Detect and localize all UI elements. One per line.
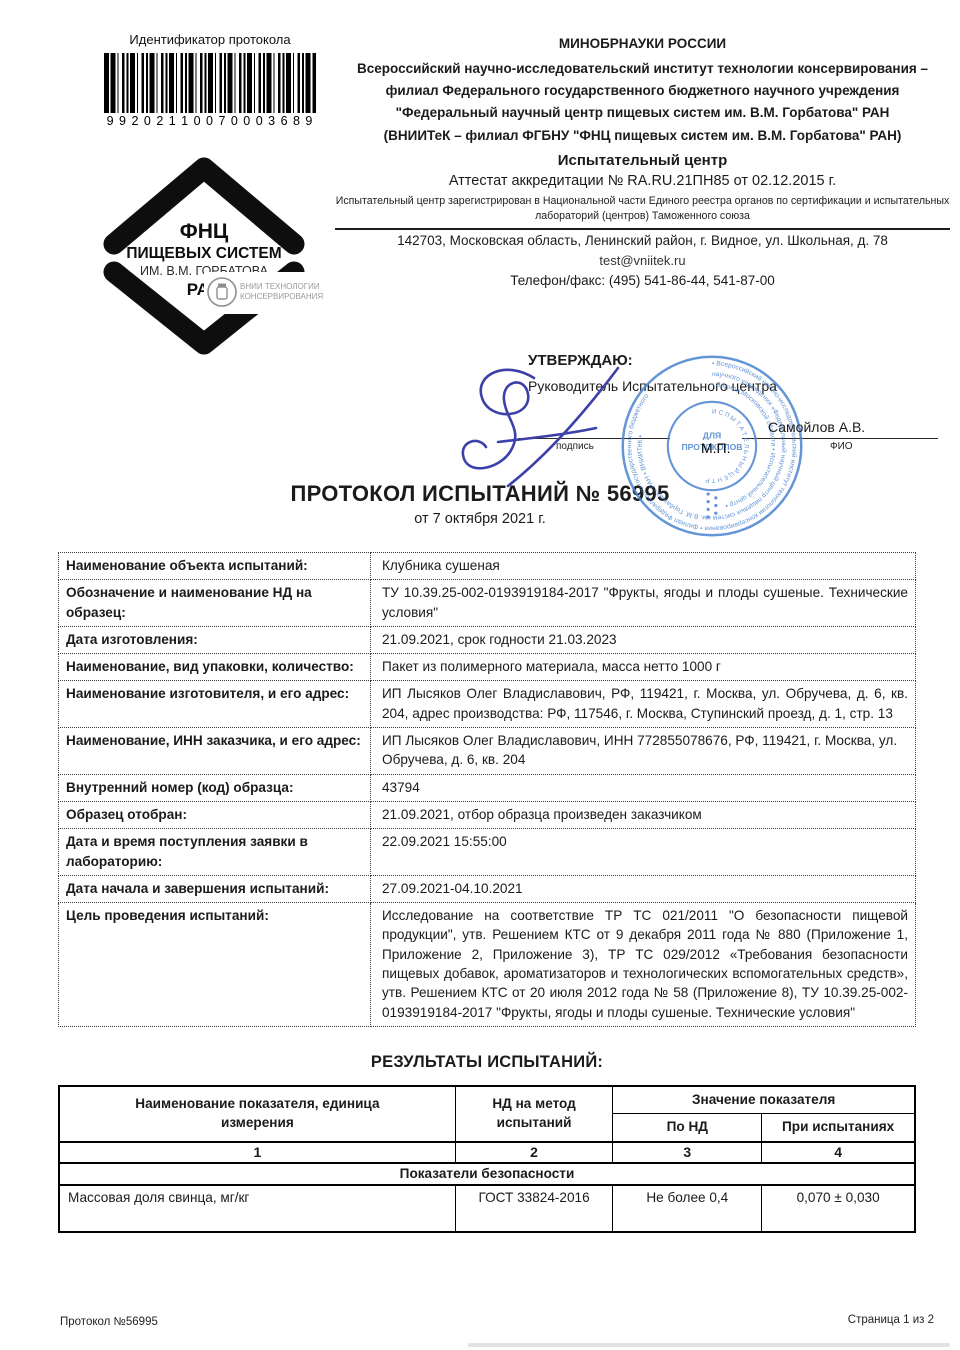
postal-address: 142703, Московская область, Ленинский ра…: [335, 233, 950, 248]
stamp-place-note: М.П.: [701, 440, 731, 456]
name-caption: ФИО: [830, 441, 853, 452]
badge-circle: [208, 278, 236, 306]
scan-artifact: [468, 1343, 950, 1347]
logo-line2: ПИЩЕВЫХ СИСТЕМ: [126, 245, 281, 262]
row-value: 21.09.2021, срок годности 21.03.2023: [371, 626, 916, 653]
table-row: Образец отобран: 21.09.2021, отбор образ…: [59, 801, 916, 828]
row-label: Внутренний номер (код) образца:: [59, 774, 371, 801]
row-label: Наименование, ИНН заказчика, и его адрес…: [59, 728, 371, 775]
col-number: 4: [762, 1142, 915, 1163]
table-row: Наименование объекта испытаний: Клубника…: [59, 553, 916, 580]
col3-header: По НД: [613, 1114, 762, 1142]
col-number: 3: [613, 1142, 762, 1163]
protocol-identifier-block: Идентификатор протокола 9 9 2 0 2 1 1 0 …: [92, 32, 328, 128]
footer-protocol-number: Протокол №56995: [60, 1316, 158, 1328]
value-header: Значение показателя: [613, 1086, 915, 1114]
handwritten-signature: [438, 358, 670, 490]
table-row: Цель проведения испытаний: Исследование …: [59, 903, 916, 1027]
stamp-center-line1: ДЛЯ: [703, 430, 721, 440]
row-value: 43794: [371, 774, 916, 801]
badge-line2: КОНСЕРВИРОВАНИЯ: [240, 292, 323, 301]
row-label: Наименование, вид упаковки, количество:: [59, 654, 371, 681]
testing-center-name: Испытательный центр: [335, 152, 950, 169]
email-address: test@vniitek.ru: [335, 253, 950, 268]
ministry-name: МИНОБРНАУКИ РОССИИ: [335, 36, 950, 51]
jar-lid-icon: [218, 284, 226, 287]
row-label: Наименование изготовителя, и его адрес:: [59, 681, 371, 728]
results-heading: РЕЗУЛЬТАТЫ ИСПЫТАНИЙ:: [58, 1053, 916, 1072]
results-table: Наименование показателя, единица измерен…: [58, 1085, 916, 1233]
phone-fax: Телефон/факс: (495) 541-86-44, 541-87-00: [335, 273, 950, 288]
table-row: Наименование, вид упаковки, количество: …: [59, 654, 916, 681]
protocol-barcode-digits: 9 9 2 0 2 1 1 0 0 7 0 0 0 3 6 8 9: [92, 114, 328, 128]
row-value: 27.09.2021-04.10.2021: [371, 875, 916, 902]
organization-header: МИНОБРНАУКИ РОССИИ Всероссийский научно-…: [335, 36, 950, 288]
row-value: ТУ 10.39.25-002-0193919184-2017 "Фрукты,…: [371, 580, 916, 627]
institute-logo: ФНЦ ПИЩЕВЫХ СИСТЕМ ИМ. В.М. ГОРБАТОВА РА…: [92, 148, 337, 348]
row-label: Дата изготовления:: [59, 626, 371, 653]
organization-full-name: Всероссийский научно-исследовательский и…: [335, 58, 950, 124]
table-row: Дата начала и завершения испытаний: 27.0…: [59, 875, 916, 902]
signature-loops: [463, 370, 534, 468]
logo-badge: ВНИИ ТЕХНОЛОГИИ КОНСЕРВИРОВАНИЯ: [204, 272, 326, 314]
approver-name: Самойлов А.В.: [768, 419, 865, 435]
registration-note: Испытательный центр зарегистрирован в На…: [335, 194, 950, 225]
row-label: Цель проведения испытаний:: [59, 903, 371, 1027]
section-title: Показатели безопасности: [59, 1163, 915, 1185]
table-row: Наименование изготовителя, и его адрес: …: [59, 681, 916, 728]
row-label: Дата начала и завершения испытаний:: [59, 875, 371, 902]
accreditation-certificate: Аттестат аккредитации № RA.RU.21ПН85 от …: [335, 173, 950, 189]
row-label: Образец отобран:: [59, 801, 371, 828]
norm-value: Не более 0,4: [613, 1185, 762, 1232]
row-label: Дата и время поступления заявки в лабора…: [59, 829, 371, 876]
sample-info-table: Наименование объекта испытаний: Клубника…: [58, 552, 916, 1027]
badge-line1: ВНИИ ТЕХНОЛОГИИ: [240, 282, 320, 291]
logo-line1: ФНЦ: [180, 220, 229, 243]
protocol-identifier-label: Идентификатор протокола: [92, 32, 328, 47]
row-label: Обозначение и наименование НД на образец…: [59, 580, 371, 627]
document-body: Наименование объекта испытаний: Клубника…: [58, 552, 916, 1233]
column-number-row: 1 2 3 4: [59, 1142, 915, 1163]
protocol-barcode: [104, 53, 316, 113]
document-header: Идентификатор протокола 9 9 2 0 2 1 1 0 …: [0, 0, 960, 545]
table-row: Наименование, ИНН заказчика, и его адрес…: [59, 728, 916, 775]
table-row: Дата изготовления: 21.09.2021, срок годн…: [59, 626, 916, 653]
col-number: 1: [59, 1142, 455, 1163]
result-data-row: Массовая доля свинца, мг/кг ГОСТ 33824-2…: [59, 1185, 915, 1232]
col2-header-text: НД на метод испытаний: [478, 1095, 590, 1132]
row-value: Исследование на соответствие ТР ТС 021/2…: [371, 903, 916, 1027]
col-number: 2: [455, 1142, 613, 1163]
row-value: Клубника сушеная: [371, 553, 916, 580]
row-value: ИП Лысяков Олег Владиславович, ИНН 77285…: [371, 728, 916, 775]
table-row: Внутренний номер (код) образца: 43794: [59, 774, 916, 801]
row-value: Пакет из полимерного материала, масса не…: [371, 654, 916, 681]
col1-header: Наименование показателя, единица измерен…: [59, 1086, 455, 1142]
header-divider: [335, 228, 950, 230]
indicator-name: Массовая доля свинца, мг/кг: [59, 1185, 455, 1232]
row-value: ИП Лысяков Олег Владиславович, РФ, 11942…: [371, 681, 916, 728]
organization-short-name: (ВНИИТеК – филиал ФГБНУ "ФНЦ пищевых сис…: [335, 126, 950, 147]
row-label: Наименование объекта испытаний:: [59, 553, 371, 580]
protocol-document-page: Идентификатор протокола 9 9 2 0 2 1 1 0 …: [0, 0, 960, 1350]
col1-header-text: Наименование показателя, единица измерен…: [132, 1095, 382, 1132]
table-row: Дата и время поступления заявки в лабора…: [59, 829, 916, 876]
col4-header: При испытаниях: [762, 1114, 915, 1142]
section-row: Показатели безопасности: [59, 1163, 915, 1185]
footer-page-number: Страница 1 из 2: [848, 1314, 934, 1326]
signature-flick: [498, 428, 596, 442]
table-row: Обозначение и наименование НД на образец…: [59, 580, 916, 627]
row-value: 21.09.2021, отбор образца произведен зак…: [371, 801, 916, 828]
method-standard: ГОСТ 33824-2016: [455, 1185, 613, 1232]
measured-value: 0,070 ± 0,030: [762, 1185, 915, 1232]
results-header-row: Наименование показателя, единица измерен…: [59, 1086, 915, 1114]
row-value: 22.09.2021 15:55:00: [371, 829, 916, 876]
col2-header: НД на метод испытаний: [455, 1086, 613, 1142]
protocol-date: от 7 октября 2021 г.: [0, 511, 960, 527]
